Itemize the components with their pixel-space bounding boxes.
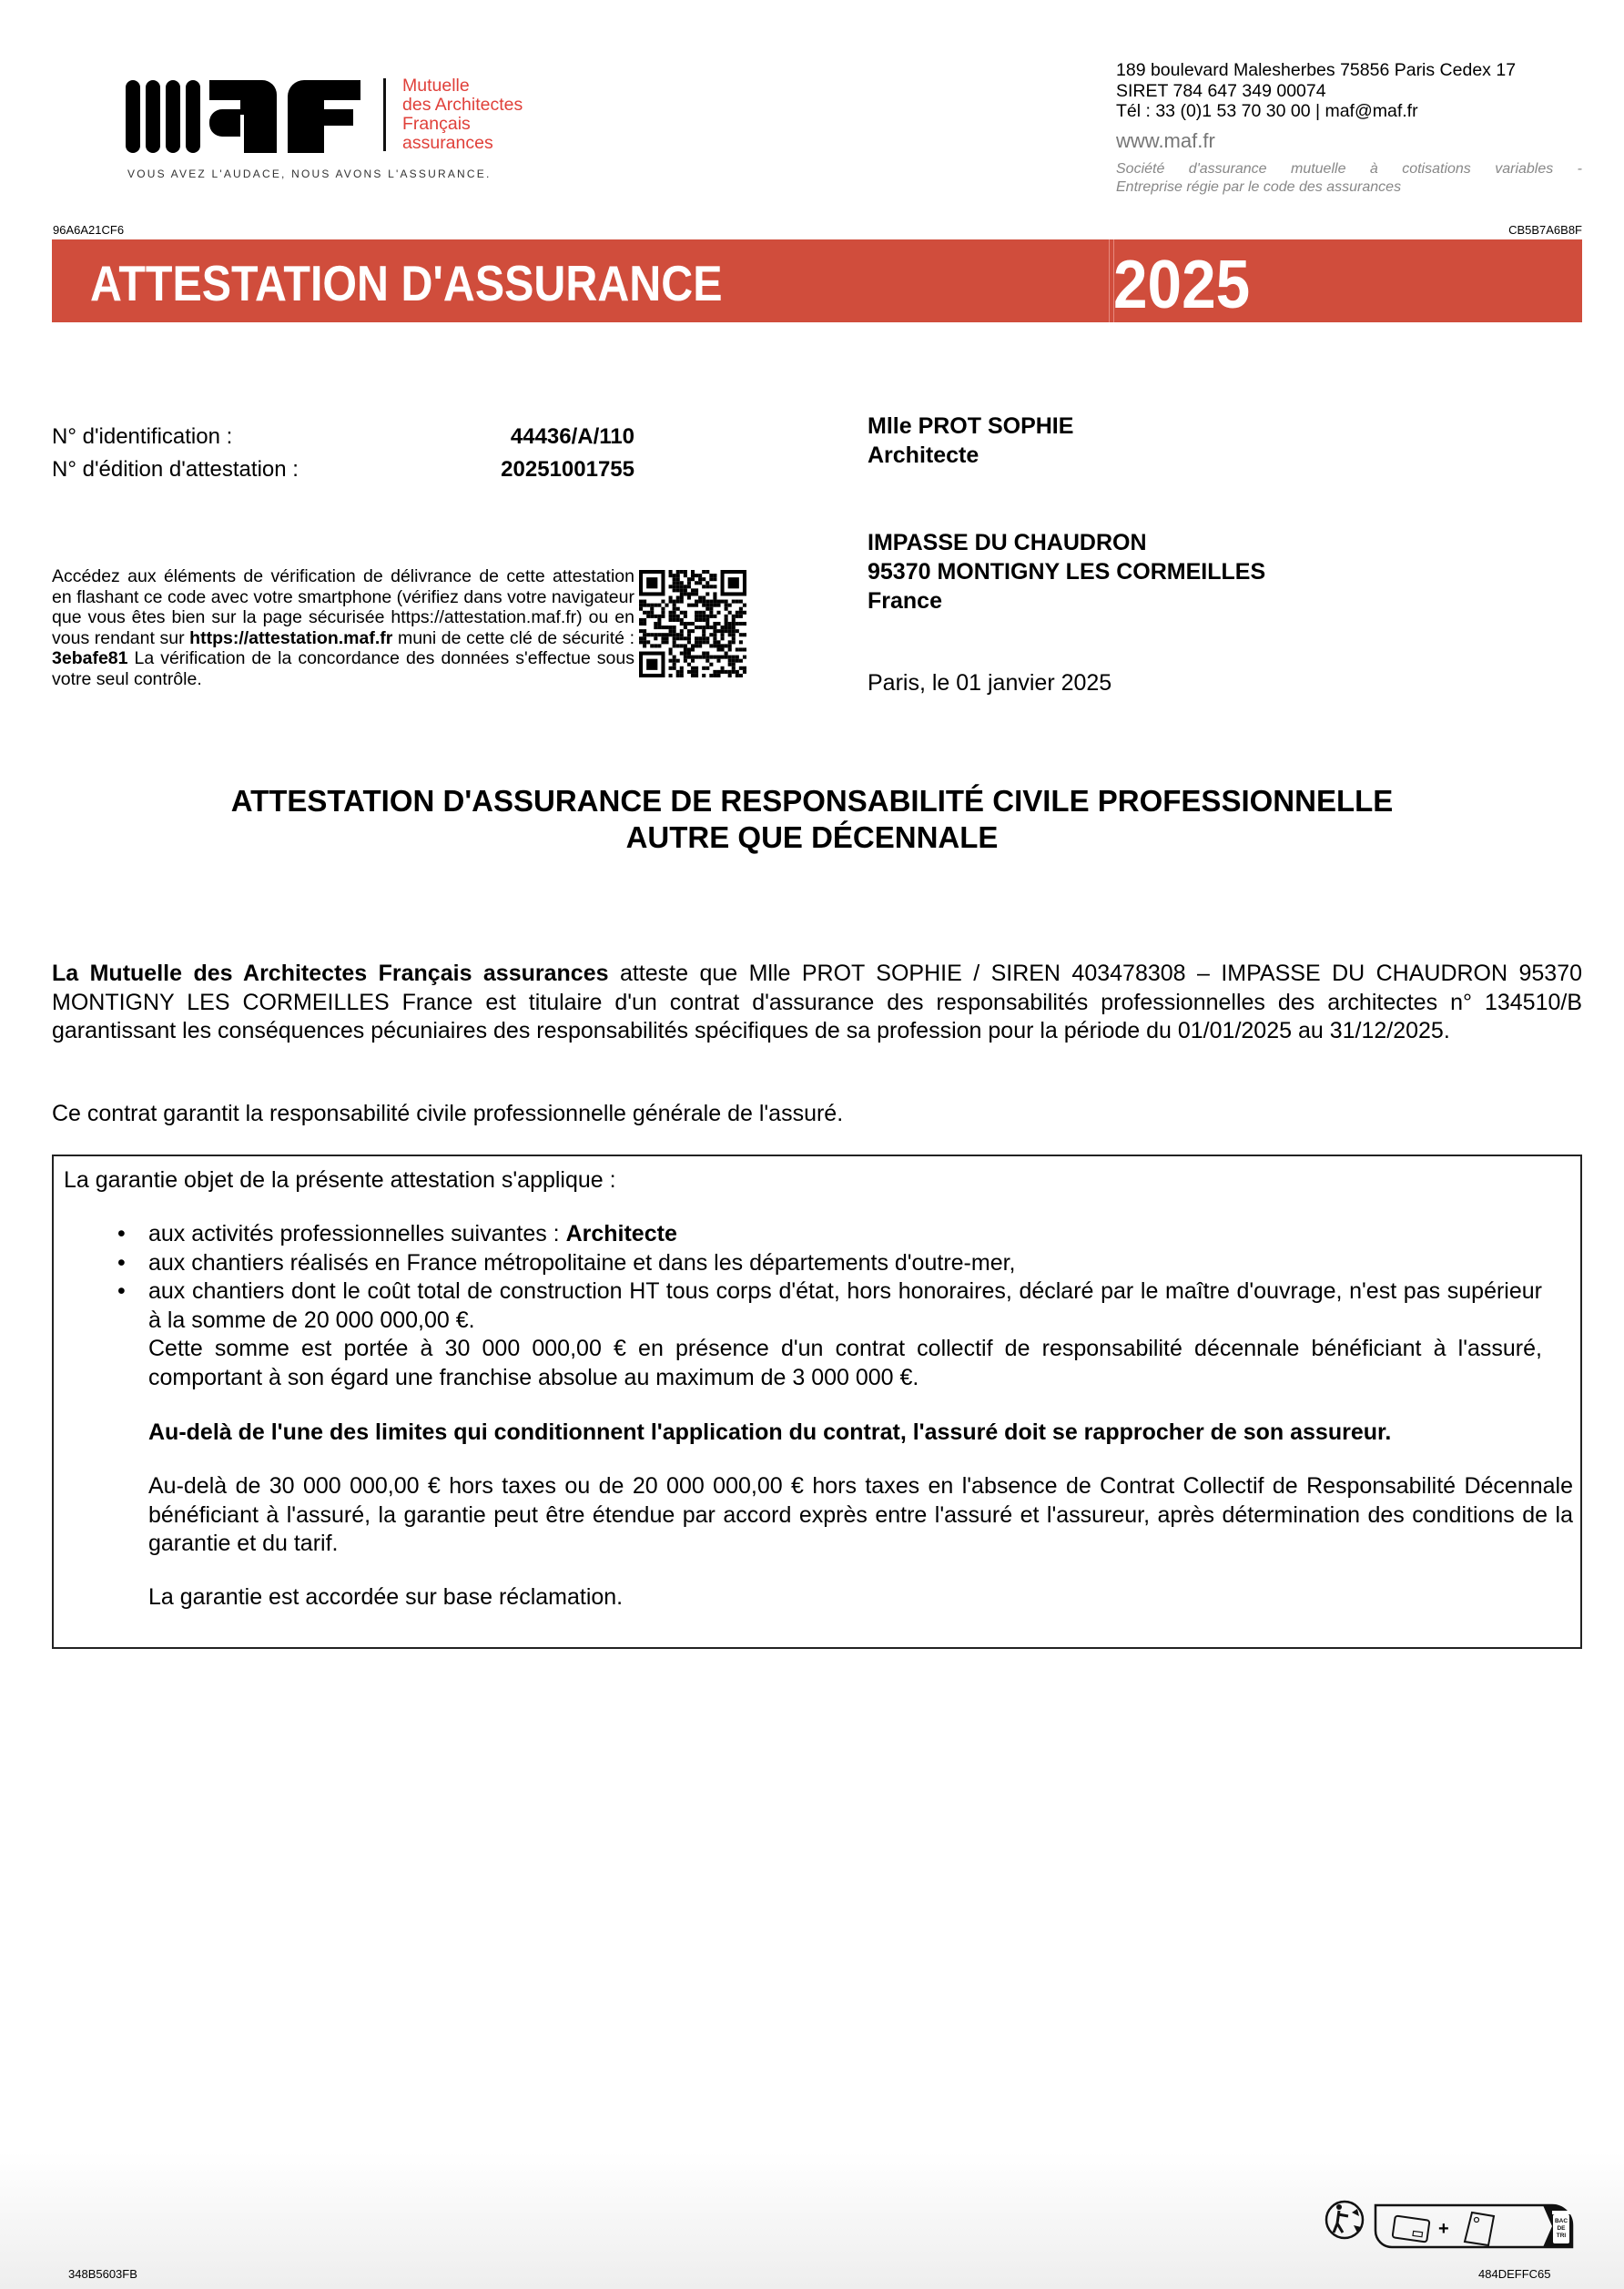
guarantee-scope-box: La garantie objet de la présente attesta… [52,1155,1582,1649]
bullet-icon: • [117,1277,126,1307]
claims-basis: La garantie est accordée sur base réclam… [148,1583,1573,1612]
brand-name: Mutuelle des Architectes Français assura… [402,76,523,153]
brand-line: assurances [402,134,523,153]
place-date: Paris, le 01 janvier 2025 [868,670,1111,697]
doc-code-bottom-left: 348B5603FB [68,2267,137,2281]
verification-note: La vérification de la concordance des do… [52,648,634,689]
svg-text:TRI: TRI [1557,2233,1567,2239]
brand-line: Mutuelle [402,76,523,96]
edition-value: 20251001755 [501,453,634,486]
id-label: N° d'identification : [52,421,232,453]
company-siret: SIRET 784 647 349 00074 [1116,81,1589,102]
qr-code-icon[interactable] [639,570,746,677]
address-city: 95370 MONTIGNY LES CORMEILLES [868,557,1265,586]
bullet-icon: • [117,1249,126,1278]
bullet-icon: • [117,1220,126,1249]
banner-title: ATTESTATION D'ASSURANCE [90,254,722,312]
title-line: AUTRE QUE DÉCENNALE [0,819,1624,856]
brand-line: des Architectes [402,96,523,115]
legal-line: Entreprise régie par le code des assuran… [1116,178,1582,197]
id-value: 44436/A/110 [511,421,634,453]
extension-paragraph: Au-delà de 30 000 000,00 € hors taxes ou… [148,1472,1573,1559]
addressee-name: Mlle PROT SOPHIE [868,412,1073,441]
identification-block: N° d'identification : 44436/A/110 N° d'é… [52,421,634,486]
svg-text:DE: DE [1557,2225,1566,2232]
banner-year: 2025 [1113,245,1250,323]
scope-list: •aux activités professionnelles suivante… [117,1220,1542,1392]
scope-intro: La garantie objet de la présente attesta… [64,1167,616,1194]
company-address: 189 boulevard Malesherbes 75856 Paris Ce… [1116,60,1589,81]
doc-code-bottom-right: 484DEFFC65 [1478,2267,1550,2281]
list-item: •aux activités professionnelles suivante… [117,1220,1542,1249]
company-contact-line: Tél : 33 (0)1 53 70 30 00 | maf@maf.fr [1116,101,1589,122]
legal-line: Société d'assurance mutuelle à cotisatio… [1116,161,1582,177]
verification-middle: muni de cette clé de sécurité : [392,628,634,648]
identification-row: N° d'identification : 44436/A/110 [52,421,634,453]
addressee: Mlle PROT SOPHIE Architecte [868,412,1073,470]
svg-text:BAC: BAC [1555,2218,1568,2224]
activity-value: Architecte [566,1221,677,1246]
doc-code-top-right: CB5B7A6B8F [1508,223,1582,237]
logo-separator [383,78,386,151]
company-website[interactable]: www.maf.fr [1116,129,1215,153]
list-item: •aux chantiers réalisés en France métrop… [117,1249,1542,1278]
attestation-statement: La Mutuelle des Architectes Français ass… [52,960,1582,1046]
list-item: •aux chantiers dont le coût total de con… [117,1277,1542,1392]
list-item-text: aux chantiers dont le coût total de cons… [148,1278,1542,1333]
edition-label: N° d'édition d'attestation : [52,453,299,486]
banner-divider [1109,239,1110,322]
recycling-bin-icon: BAC DE TRI [1552,2211,1570,2243]
addressee-profession: Architecte [868,441,1073,470]
addressee-address: IMPASSE DU CHAUDRON 95370 MONTIGNY LES C… [868,528,1265,615]
brand-line: Français [402,115,523,134]
certificate-title: ATTESTATION D'ASSURANCE DE RESPONSABILIT… [0,783,1624,856]
security-key: 3ebafe81 [52,648,127,668]
verification-text: Accédez aux éléments de vérification de … [52,566,634,689]
address-country: France [868,586,1265,615]
maf-logo: Mutuelle des Architectes Français assura… [126,75,544,188]
limits-notice: Au-delà de l'une des limites qui conditi… [148,1419,1573,1448]
svg-text:+: + [1438,2219,1449,2239]
envelope-icon [1393,2215,1430,2242]
verification-link[interactable]: https://attestation.maf.fr [189,628,392,648]
company-legal: Société d'assurance mutuelle à cotisatio… [1116,160,1582,197]
address-street: IMPASSE DU CHAUDRON [868,528,1265,557]
edition-row: N° d'édition d'attestation : 20251001755 [52,453,634,486]
list-item-text: aux chantiers réalisés en France métropo… [148,1250,1016,1276]
title-banner: ATTESTATION D'ASSURANCE 2025 [52,239,1582,322]
list-item-text: aux activités professionnelles suivantes… [148,1221,566,1246]
recycling-info: + BAC DE TRI [1325,2192,1598,2254]
guarantee-line: Ce contrat garantit la responsabilité ci… [52,1101,843,1127]
tagline: VOUS AVEZ L'AUDACE, NOUS AVONS L'ASSURAN… [127,168,492,180]
maf-logo-icon [126,80,360,153]
triman-icon [1326,2202,1363,2238]
paper-icon [1465,2213,1494,2245]
doc-code-top-left: 96A6A21CF6 [53,223,124,237]
list-item-continuation: Cette somme est portée à 30 000 000,00 €… [148,1335,1542,1392]
company-contact: 189 boulevard Malesherbes 75856 Paris Ce… [1116,60,1589,122]
insurer-name: La Mutuelle des Architectes Français ass… [52,961,609,986]
title-line: ATTESTATION D'ASSURANCE DE RESPONSABILIT… [0,783,1624,819]
